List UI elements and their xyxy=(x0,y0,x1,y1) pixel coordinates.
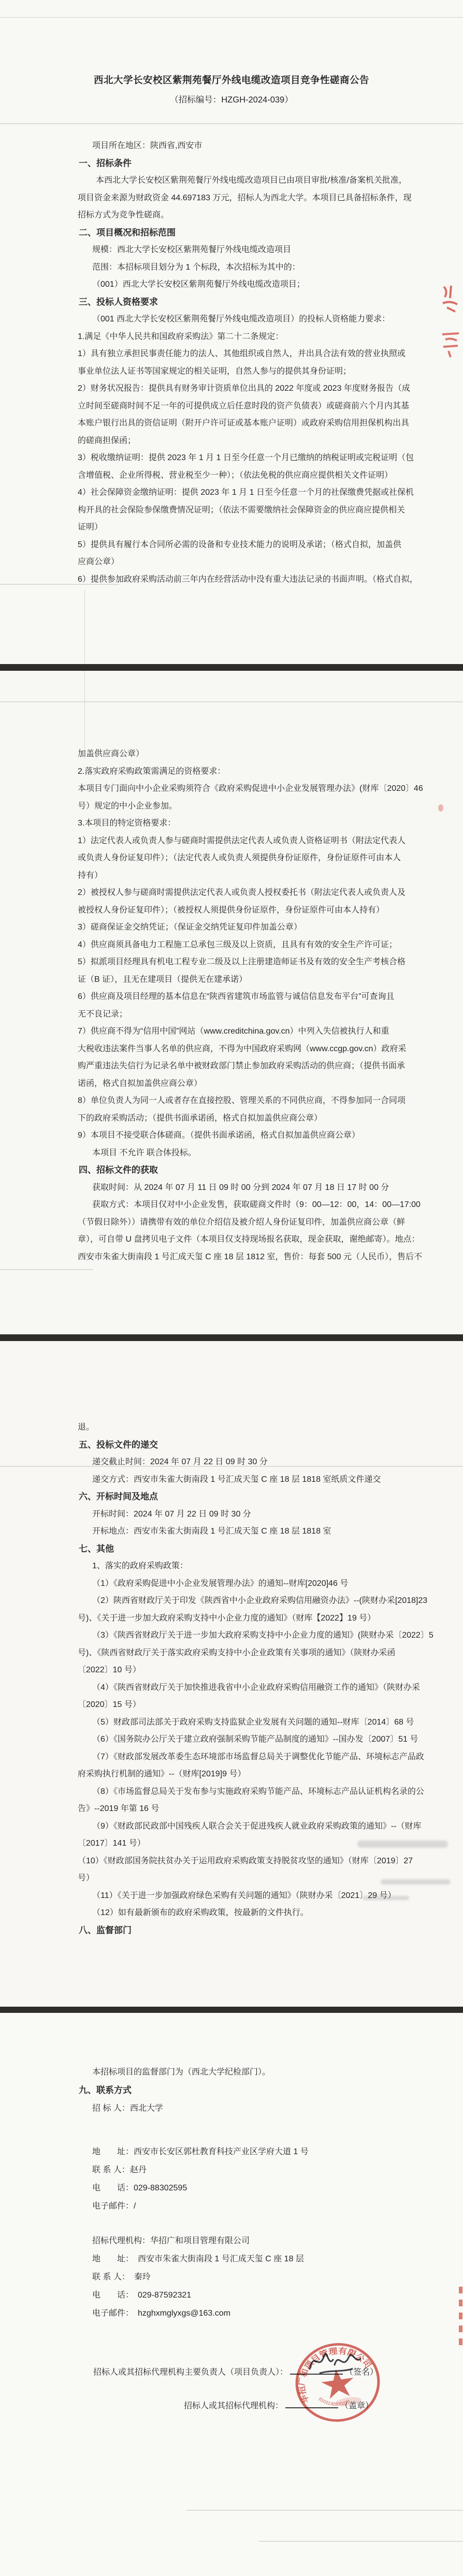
doc-line: 退。 xyxy=(0,1419,463,1436)
doc-line: 规模：西北大学长安校区紫荆苑餐厅外线电缆改造项目 xyxy=(0,241,463,259)
doc-line: （6）《国务院办公厅关于建立政府强制采购节能产品制度的通知》--国办发〔2007… xyxy=(0,1731,463,1748)
scan-artifact-line xyxy=(186,2510,463,2511)
page1-text-block: 项目所在地区：陕西省,西安市一、招标条件本西北大学长安校区紫荆苑餐厅外线电缆改造… xyxy=(0,137,463,588)
scan-artifact-line xyxy=(0,123,463,124)
doc-line: 诺函，格式自拟加盖供应商公章） xyxy=(0,1075,463,1093)
doc-line: 构开具的社会保险参保缴费情况证明；（依法不需要缴纳社会保障资金的供应商应提供相关 xyxy=(0,502,463,519)
scan-artifact-line xyxy=(259,2541,463,2542)
doc-line: 七、其他 xyxy=(0,1540,463,1558)
doc-line: 下的政府采购活动；（提供书面承诺函，格式自拟加盖供应商公章） xyxy=(0,1110,463,1127)
doc-line: （3）《陕西省财政厅关于进一步加大政府采购支持中小企业力度的通知》(陕财办采〔2… xyxy=(0,1627,463,1644)
doc-line: 西安市朱雀大街南段 1 号汇成天玺 C 座 18 层 1812 室，售价：每套 … xyxy=(0,1248,463,1266)
doc-line: （8）《市场监督总局关于发布参与实施政府采购节能产品、环境标志产品认证机构名录的… xyxy=(0,1783,463,1801)
doc-line: 5）提供具有履行本合同所必需的设备和专业技术能力的说明及承诺；（格式自拟，加盖供 xyxy=(0,536,463,554)
page-gap xyxy=(0,1334,463,1341)
doc-line: 招标方式为竞争性磋商。 xyxy=(0,207,463,224)
scan-smudge xyxy=(357,1841,448,1848)
signature-label: 招标人或其招标代理机构主要负责人（项目负责人）： xyxy=(93,2368,288,2377)
tender-number: （招标编号：HZGH-2024-039） xyxy=(0,92,463,108)
agency-email: 电子邮件： hzghxmglyxgs@163.com xyxy=(0,2304,463,2322)
doc-line: 二、项目概况和招标范围 xyxy=(0,224,463,242)
doc-line: 三、投标人资格要求 xyxy=(0,293,463,311)
doc-line: 被授权人身份证复印件）；（被授权人须提供身份证原件，身份证原件可由本人持有） xyxy=(0,902,463,919)
doc-line: 8）单位负责人为同一人或者存在直接控股、管理关系的不同供应商，不得参加同一合同项 xyxy=(0,1092,463,1110)
doc-line: （001 西北大学长安校区紫荆苑餐厅外线电缆改造项目）的投标人资格能力要求： xyxy=(0,311,463,328)
doc-line: 事业单位法人证书等国家规定的相关证明，自然人参与的提供其身份证明； xyxy=(0,363,463,380)
doc-line: 本西北大学长安校区紫荆苑餐厅外线电缆改造项目已由项目审批/核准/备案机关批准， xyxy=(0,172,463,189)
page-gap xyxy=(0,664,463,671)
doc-line: 项目资金来源为财政资金 44.697183 万元，招标人为西北大学。本项目已具备… xyxy=(0,189,463,207)
doc-line: 本项目 不允许 联合体投标。 xyxy=(0,1144,463,1162)
edge-seal-fragment-icon xyxy=(440,285,463,315)
doc-line: 证明） xyxy=(0,519,463,536)
doc-line: 递交截止时间：2024 年 07 月 22 日 09 时 30 分 xyxy=(0,1453,463,1471)
doc-line: 应商公章） xyxy=(0,553,463,571)
doc-line: 证（B 证），且无在建项目（提供无在建承诺） xyxy=(0,971,463,989)
page2-text-block: 加盖供应商公章）2.落实政府采购政策需满足的资格要求：本项目专门面向中小企业采购… xyxy=(0,671,463,1265)
scan-page-4: 本招标项目的监督部门为（西北大学纪检部门）。 九、联系方式 招 标 人：西北大学… xyxy=(0,2013,463,2576)
agency-contact: 联 系 人： 秦玲 xyxy=(0,2268,463,2286)
doc-line: 五、投标文件的递交 xyxy=(0,1436,463,1454)
doc-line: （1）《政府采购促进中小企业发展管理办法》的通知--财库[2020]46 号 xyxy=(0,1575,463,1593)
doc-line: 9）本项目不接受联合体磋商。（提供书面承诺函，格式自拟加盖供应商公章） xyxy=(0,1127,463,1144)
scan-artifact-line xyxy=(0,1269,93,1270)
doc-line: 递交方式：西安市朱雀大街南段 1 号汇成天玺 C 座 18 层 1818 室纸质… xyxy=(0,1471,463,1489)
page-gap xyxy=(0,2007,463,2013)
doc-line: 1）具有独立承担民事责任能力的法人、其他组织或自然人，并出具合法有效的营业执照或 xyxy=(0,345,463,363)
doc-line: 或负责人身份证复印件）；（法定代表人或负责人须提供身份证原件，身份证原件可由本人 xyxy=(0,849,463,867)
company-seal: 华招广和项目管理有限公司 6101130370277 xyxy=(288,2336,387,2429)
seal-star-icon xyxy=(320,2367,356,2400)
page3-text-block: 退。五、投标文件的递交递交截止时间：2024 年 07 月 22 日 09 时 … xyxy=(0,1341,463,1939)
agency-name: 招标代理机构：华招广和项目管理有限公司 xyxy=(0,2232,463,2250)
doc-line: （001）西北大学长安校区紫荆苑餐厅外线电缆改造项目； xyxy=(0,276,463,293)
doc-line: 3.本项目的特定资格要求： xyxy=(0,815,463,832)
scan-smudge xyxy=(381,1879,451,1885)
doc-line: （5）财政部司法部关于政府采购支持监狱企业发展有关问题的通知--财库〔2014〕… xyxy=(0,1714,463,1731)
doc-line: 1、落实的政府采购政策： xyxy=(0,1557,463,1575)
scan-page-3: 退。五、投标文件的递交递交截止时间：2024 年 07 月 22 日 09 时 … xyxy=(0,1341,463,2007)
edge-seal-fragment-icon xyxy=(439,330,463,358)
doc-line: 3）磋商保证金交纳凭证；（保证金交纳凭证复印件加盖公章） xyxy=(0,919,463,936)
scan-page-2: 加盖供应商公章）2.落实政府采购政策需满足的资格要求：本项目专门面向中小企业采购… xyxy=(0,671,463,1334)
doc-line: 四、招标文件的获取 xyxy=(0,1161,463,1179)
scan-page-1: 西北大学长安校区紫荆苑餐厅外线电缆改造项目竞争性磋商公告 （招标编号：HZGH-… xyxy=(0,0,463,664)
doc-line: 八、监督部门 xyxy=(0,1922,463,1939)
doc-line: 加盖供应商公章） xyxy=(0,745,463,763)
doc-line: 获取时间：从 2024 年 07 月 11 日 09 时 00 分到 2024 … xyxy=(0,1179,463,1197)
doc-line: （10）《财政部国务院扶贫办关于运用政府采购政策支持脱贫攻坚的通知》（财库〔20… xyxy=(0,1852,463,1870)
doc-line: 大税收违法案件当事人名单的供应商，不得为中国政府采购网（www.ccgp.gov… xyxy=(0,1040,463,1058)
doc-line: 开标时间：2024 年 07 月 22 日 09 时 30 分 xyxy=(0,1506,463,1523)
scan-artifact-line xyxy=(0,701,463,702)
section-heading-contact: 九、联系方式 xyxy=(0,2081,463,2099)
doc-line: 告》--2019 年第 16 号 xyxy=(0,1800,463,1818)
agency-phone: 电 话： 029-87592321 xyxy=(0,2286,463,2304)
doc-line: 无不良记录； xyxy=(0,1006,463,1023)
doc-line: （2）陕西省财政厅关于印发《陕西省中小企业政府采购信用融资办法》--(陕财办采[… xyxy=(0,1592,463,1610)
page4-text-block: 本招标项目的监督部门为（西北大学纪检部门）。 九、联系方式 招 标 人：西北大学… xyxy=(0,2013,463,2415)
doc-line: （7）《财政部发展改革委生态环境部市场监督总局关于调整优化节能产品、环境标志产品… xyxy=(0,1748,463,1766)
doc-line: 开标地点：西安市朱雀大街南段 1 号汇成天玺 C 座 18 层 1818 室 xyxy=(0,1523,463,1540)
doc-line: 含增值税、企业所得税、营业税至少一种）；（依法免税的供应商应提供相关文件证明） xyxy=(0,467,463,484)
doc-line: 3）税收缴纳证明：提供 2023 年 1 月 1 日至今任意一个月已缴纳的纳税证… xyxy=(0,449,463,467)
doc-line: 4）供应商须具备电力工程施工总承包三级及以上资质，且具有有效的安全生产许可证； xyxy=(0,936,463,954)
svg-text:华招广和项目管理有限公司: 华招广和项目管理有限公司 xyxy=(292,2342,378,2405)
doc-line: 〔2020〕15 号） xyxy=(0,1696,463,1714)
doc-line: 项目所在地区：陕西省,西安市 xyxy=(0,137,463,155)
ink-speck xyxy=(438,804,443,812)
doc-line: 本账户银行出具的资信证明（附开户许可证或基本账户证明）或政府采购信用担保机构出具 xyxy=(0,415,463,432)
doc-line: 一、招标条件 xyxy=(0,155,463,172)
doc-line: （9）《财政部民政部中国残疾人联合会关于促进残疾人就业政府采购政策的通知》--（… xyxy=(0,1818,463,1835)
scan-smudge xyxy=(363,1896,409,1900)
doc-line: 7）供应商不得为“信用中国”网站（www.creditchina.gov.cn）… xyxy=(0,1023,463,1040)
doc-line: 1）法定代表人或负责人参与磋商时需提供法定代表人或负责人资格证明书（附法定代表人 xyxy=(0,832,463,850)
doc-line: 6）供应商及项目经理的基本信息在“陕西省建筑市场监管与诚信信息发布平台”可查询且 xyxy=(0,988,463,1006)
doc-line: 持有） xyxy=(0,867,463,885)
doc-line: 购严重违法失信行为记录名单中被财政部门禁止参加政府采购活动的供应商；（提供书面承 xyxy=(0,1057,463,1075)
doc-line: 六、开标时间及地点 xyxy=(0,1488,463,1506)
bidder-contact: 联 系 人：赵丹 xyxy=(0,2161,463,2179)
doc-line: 号)、《关于进一步加大政府采购支持中小企业力度的通知》（财库【2022】19 号… xyxy=(0,1610,463,1627)
doc-line: （节假日除外））请携带有效的单位介绍信及被介绍人身份证复印件，加盖供应商公章（鲜 xyxy=(0,1214,463,1231)
bidder-email: 电子邮件：/ xyxy=(0,2197,463,2215)
doc-line: 号）规定的中小企业参加。 xyxy=(0,798,463,815)
doc-line: 号)、《陕西省财政厅关于落实政府采购支持中小企业政策有关事项的通知》（陕财办采函 xyxy=(0,1644,463,1662)
scan-artifact-line xyxy=(0,1466,463,1467)
stamp-label: 招标人或其招标代理机构： xyxy=(184,2402,283,2410)
fold-mark xyxy=(84,590,85,664)
seal-company-text: 华招广和项目管理有限公司 xyxy=(292,2342,378,2405)
doc-line: 章），可自带 U 盘拷贝电子文件（本项目仅支持现场报名获取，现金获取，谢绝邮寄）… xyxy=(0,1231,463,1248)
doc-line: 4）社会保障资金缴纳证明：提供 2023 年 1 月 1 日至今任意一个月的社保… xyxy=(0,484,463,502)
scan-artifact-line xyxy=(0,584,119,585)
page-title: 西北大学长安校区紫荆苑餐厅外线电缆改造项目竞争性磋商公告 xyxy=(0,72,463,88)
doc-line: 府采购执行机制的通知》--（财库[2019]9 号） xyxy=(0,1765,463,1783)
doc-line: 5）拟派项目经理具有机电工程专业二级及以上注册建造师证书及有效的安全生产考核合格 xyxy=(0,953,463,971)
scan-artifact-line xyxy=(0,17,463,18)
bidder-phone: 电 话：029-88302595 xyxy=(0,2179,463,2197)
doc-line: 2）财务状况报告：提供具有财务审计资质单位出具的 2022 年度或 2023 年… xyxy=(0,380,463,398)
doc-line: 立时间至磋商时间不足一年的可提供成立后任意时段的资产负债表）或磋商前六个月内其基 xyxy=(0,398,463,415)
doc-line: 本项目专门面向中小企业采购须符合《政府采购促进中小企业发展管理办法》(财库〔20… xyxy=(0,780,463,798)
supervisor-line: 本招标项目的监督部门为（西北大学纪检部门）。 xyxy=(0,2063,463,2081)
doc-line: （12）如有最新颁布的政府采购政策，按最新的文件执行。 xyxy=(0,1904,463,1922)
doc-line: 2）被授权人参与磋商时需提供法定代表人或负责人授权委托书（附法定代表人或负责人及 xyxy=(0,884,463,902)
edge-seal-fragment-icon xyxy=(459,2287,462,2348)
doc-line: 范围：本招标项目划分为 1 个标段，本次招标为其中的： xyxy=(0,259,463,276)
bidder-address: 地 址：西安市长安区郭杜教育科技产业区学府大道 1 号 xyxy=(0,2143,463,2161)
signature-row: 招标人或其招标代理机构主要负责人（项目负责人）：（签名） xyxy=(0,2363,463,2381)
fold-mark xyxy=(84,671,85,759)
doc-line: 6）提供参加政府采购活动前三年内在经营活动中没有重大违法记录的书面声明。（格式自… xyxy=(0,571,463,588)
agency-address: 地 址： 西安市朱雀大街南段 1 号汇成天玺 C 座 18 层 xyxy=(0,2250,463,2268)
stamp-row: 招标人或其招标代理机构：（盖章） xyxy=(0,2397,463,2415)
doc-line: 1.满足《中华人民共和国政府采购法》第二十二条规定： xyxy=(0,328,463,346)
doc-line: 获取方式：本项目仅对中小企业发售，获取磋商文件时（9：00—12：00，14：0… xyxy=(0,1196,463,1214)
doc-line: 的磋商担保函； xyxy=(0,432,463,450)
doc-line: 2.落实政府采购政策需满足的资格要求： xyxy=(0,763,463,781)
doc-line: 〔2022〕10 号） xyxy=(0,1661,463,1679)
scanned-tender-announcement: { "doc": { "title_line1": "西北大学长安校区紫荆苑餐厅… xyxy=(0,0,463,2576)
bidder-name: 招 标 人：西北大学 xyxy=(0,2099,463,2117)
doc-line: （4）《陕西省财政厅关于加快推进我省中小企业政府采购信用融资工作的通知》（陕财办… xyxy=(0,1679,463,1697)
